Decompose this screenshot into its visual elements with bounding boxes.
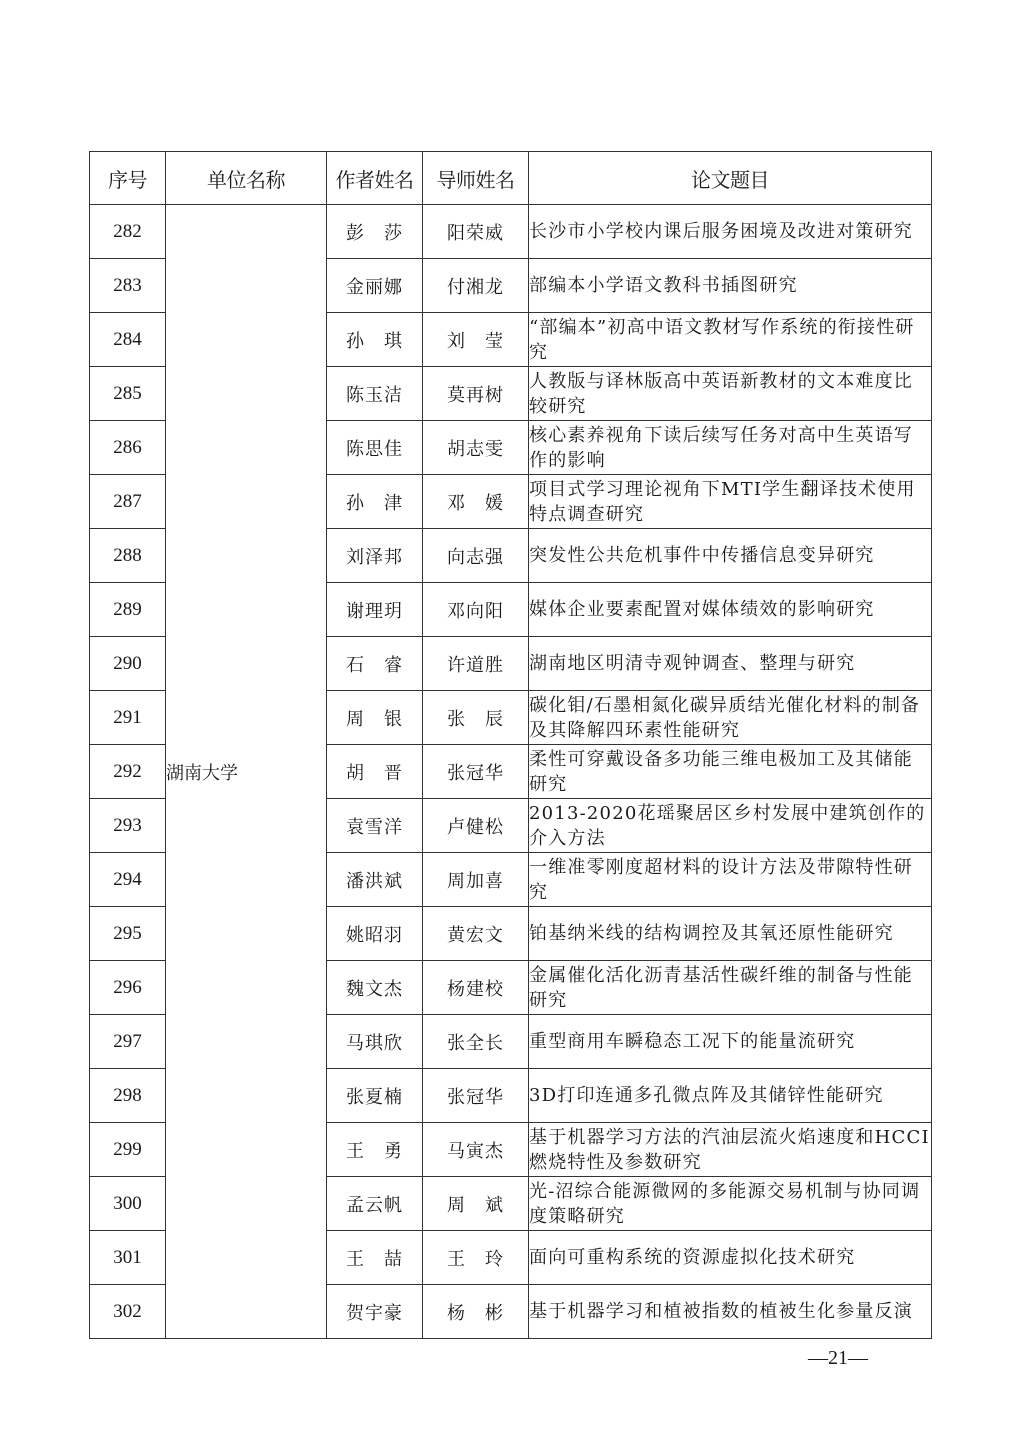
cell-author: 陈思佳 [327, 421, 423, 475]
document-page: 序号 单位名称 作者姓名 导师姓名 论文题目 282湖南大学彭 莎阳荣威长沙市小… [0, 0, 1024, 1448]
cell-author: 陈玉洁 [327, 367, 423, 421]
cell-author: 石 睿 [327, 637, 423, 691]
cell-author: 金丽娜 [327, 259, 423, 313]
cell-seq: 289 [90, 583, 166, 637]
cell-title: 人教版与译林版高中英语新教材的文本难度比较研究 [529, 367, 932, 421]
cell-advisor: 张 辰 [423, 691, 529, 745]
cell-advisor: 胡志雯 [423, 421, 529, 475]
cell-advisor: 张冠华 [423, 745, 529, 799]
cell-title: 媒体企业要素配置对媒体绩效的影响研究 [529, 583, 932, 637]
cell-title: 碳化钼/石墨相氮化碳异质结光催化材料的制备及其降解四环素性能研究 [529, 691, 932, 745]
cell-advisor: 周加喜 [423, 853, 529, 907]
cell-title: 基于机器学习方法的汽油层流火焰速度和HCCI燃烧特性及参数研究 [529, 1123, 932, 1177]
cell-seq: 297 [90, 1015, 166, 1069]
cell-unit: 湖南大学 [166, 205, 327, 1339]
cell-author: 刘泽邦 [327, 529, 423, 583]
cell-title: 重型商用车瞬稳态工况下的能量流研究 [529, 1015, 932, 1069]
cell-advisor: 马寅杰 [423, 1123, 529, 1177]
cell-title: 突发性公共危机事件中传播信息变异研究 [529, 529, 932, 583]
cell-author: 周 银 [327, 691, 423, 745]
thesis-table: 序号 单位名称 作者姓名 导师姓名 论文题目 282湖南大学彭 莎阳荣威长沙市小… [89, 151, 932, 1339]
cell-author: 胡 晋 [327, 745, 423, 799]
table-row: 282湖南大学彭 莎阳荣威长沙市小学校内课后服务困境及改进对策研究 [90, 205, 932, 259]
cell-seq: 283 [90, 259, 166, 313]
cell-seq: 285 [90, 367, 166, 421]
cell-seq: 287 [90, 475, 166, 529]
cell-seq: 294 [90, 853, 166, 907]
cell-advisor: 张全长 [423, 1015, 529, 1069]
cell-title: 柔性可穿戴设备多功能三维电极加工及其储能研究 [529, 745, 932, 799]
cell-title: 湖南地区明清寺观钟调查、整理与研究 [529, 637, 932, 691]
cell-title: 长沙市小学校内课后服务困境及改进对策研究 [529, 205, 932, 259]
cell-title: 3D打印连通多孔微点阵及其储锌性能研究 [529, 1069, 932, 1123]
cell-seq: 284 [90, 313, 166, 367]
cell-author: 孟云帆 [327, 1177, 423, 1231]
header-unit: 单位名称 [166, 152, 327, 205]
header-author: 作者姓名 [327, 152, 423, 205]
cell-author: 彭 莎 [327, 205, 423, 259]
cell-advisor: 张冠华 [423, 1069, 529, 1123]
cell-title: 核心素养视角下读后续写任务对高中生英语写作的影响 [529, 421, 932, 475]
cell-author: 孙 琪 [327, 313, 423, 367]
cell-advisor: 邓 媛 [423, 475, 529, 529]
cell-seq: 296 [90, 961, 166, 1015]
cell-advisor: 阳荣威 [423, 205, 529, 259]
cell-seq: 288 [90, 529, 166, 583]
cell-title: 一维准零刚度超材料的设计方法及带隙特性研究 [529, 853, 932, 907]
header-seq: 序号 [90, 152, 166, 205]
cell-seq: 292 [90, 745, 166, 799]
cell-title: 面向可重构系统的资源虚拟化技术研究 [529, 1231, 932, 1285]
cell-advisor: 杨建校 [423, 961, 529, 1015]
cell-advisor: 向志强 [423, 529, 529, 583]
cell-advisor: 莫再树 [423, 367, 529, 421]
cell-seq: 290 [90, 637, 166, 691]
cell-seq: 298 [90, 1069, 166, 1123]
cell-title: 部编本小学语文教科书插图研究 [529, 259, 932, 313]
header-advisor: 导师姓名 [423, 152, 529, 205]
cell-advisor: 许道胜 [423, 637, 529, 691]
cell-author: 贺宇豪 [327, 1285, 423, 1339]
cell-advisor: 卢健松 [423, 799, 529, 853]
cell-seq: 300 [90, 1177, 166, 1231]
cell-author: 王 勇 [327, 1123, 423, 1177]
cell-author: 马琪欣 [327, 1015, 423, 1069]
cell-author: 王 喆 [327, 1231, 423, 1285]
cell-author: 袁雪洋 [327, 799, 423, 853]
cell-advisor: 杨 彬 [423, 1285, 529, 1339]
cell-seq: 295 [90, 907, 166, 961]
cell-seq: 301 [90, 1231, 166, 1285]
cell-advisor: 邓向阳 [423, 583, 529, 637]
cell-title: 铂基纳米线的结构调控及其氧还原性能研究 [529, 907, 932, 961]
cell-title: 金属催化活化沥青基活性碳纤维的制备与性能研究 [529, 961, 932, 1015]
cell-author: 张夏楠 [327, 1069, 423, 1123]
cell-advisor: 王 玲 [423, 1231, 529, 1285]
cell-author: 孙 津 [327, 475, 423, 529]
cell-seq: 286 [90, 421, 166, 475]
cell-author: 魏文杰 [327, 961, 423, 1015]
cell-author: 姚昭羽 [327, 907, 423, 961]
cell-advisor: 刘 莹 [423, 313, 529, 367]
cell-title: 项目式学习理论视角下MTI学生翻译技术使用特点调查研究 [529, 475, 932, 529]
header-title: 论文题目 [529, 152, 932, 205]
cell-title: 光-沼综合能源微网的多能源交易机制与协同调度策略研究 [529, 1177, 932, 1231]
cell-advisor: 周 斌 [423, 1177, 529, 1231]
cell-seq: 293 [90, 799, 166, 853]
page-number: —21— [808, 1347, 868, 1370]
cell-title: 基于机器学习和植被指数的植被生化参量反演 [529, 1285, 932, 1339]
cell-seq: 302 [90, 1285, 166, 1339]
cell-author: 谢理玥 [327, 583, 423, 637]
cell-title: “部编本”初高中语文教材写作系统的衔接性研究 [529, 313, 932, 367]
cell-seq: 291 [90, 691, 166, 745]
cell-advisor: 付湘龙 [423, 259, 529, 313]
cell-seq: 282 [90, 205, 166, 259]
cell-title: 2013-2020花瑶聚居区乡村发展中建筑创作的介入方法 [529, 799, 932, 853]
cell-advisor: 黄宏文 [423, 907, 529, 961]
table-header-row: 序号 单位名称 作者姓名 导师姓名 论文题目 [90, 152, 932, 205]
cell-seq: 299 [90, 1123, 166, 1177]
cell-author: 潘洪斌 [327, 853, 423, 907]
